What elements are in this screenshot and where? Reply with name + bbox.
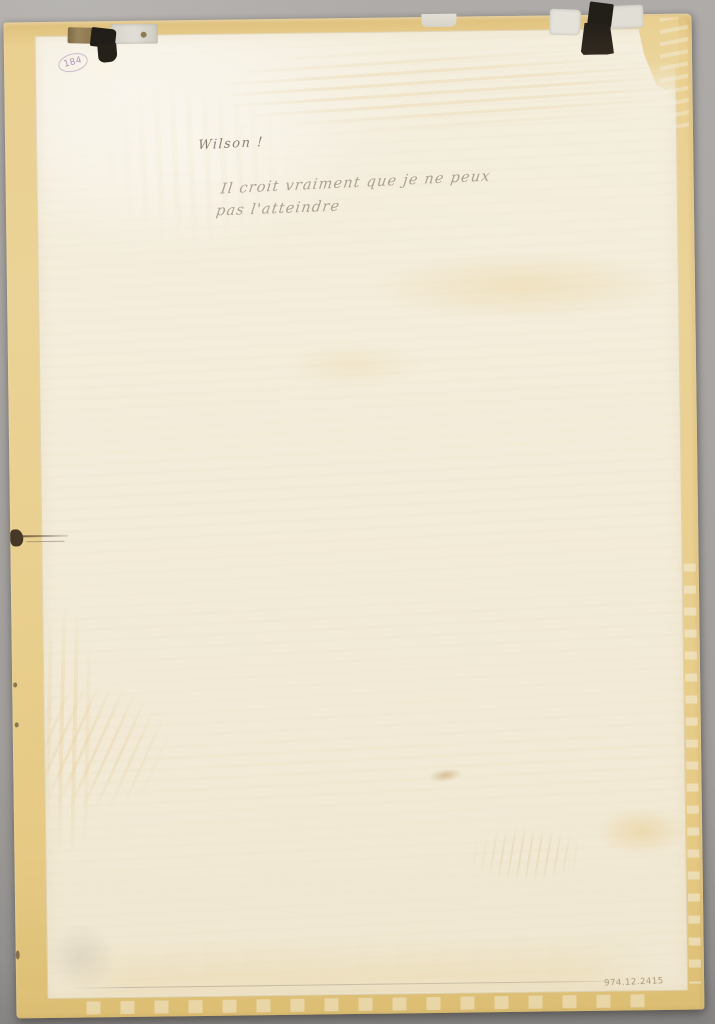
tape-remnant-black-left [97,42,118,63]
paper-sheet [35,28,689,999]
tear-notch [10,529,23,546]
edge-speck [15,722,19,727]
stamp-number: 184 [63,55,84,69]
paper-residue-flecks [660,18,689,128]
tape-remnant-white-left [111,24,158,45]
edge-speck [16,950,20,959]
mount-board: 184 Wilson ! Il croit vraiment que je ne… [4,14,705,1019]
board-chip-top-edge [421,14,456,27]
tape-remnant-white-right [549,9,581,36]
photo-backdrop: 184 Wilson ! Il croit vraiment que je ne… [0,0,715,1024]
crack-line [18,535,68,538]
tape-remnant-black-right [581,23,614,55]
edge-speck [13,682,17,687]
inscription-salutation: Wilson ! [198,135,264,153]
tear-crack-left-edge [10,527,72,552]
tape-spot [141,32,147,38]
crack-line [26,541,64,542]
